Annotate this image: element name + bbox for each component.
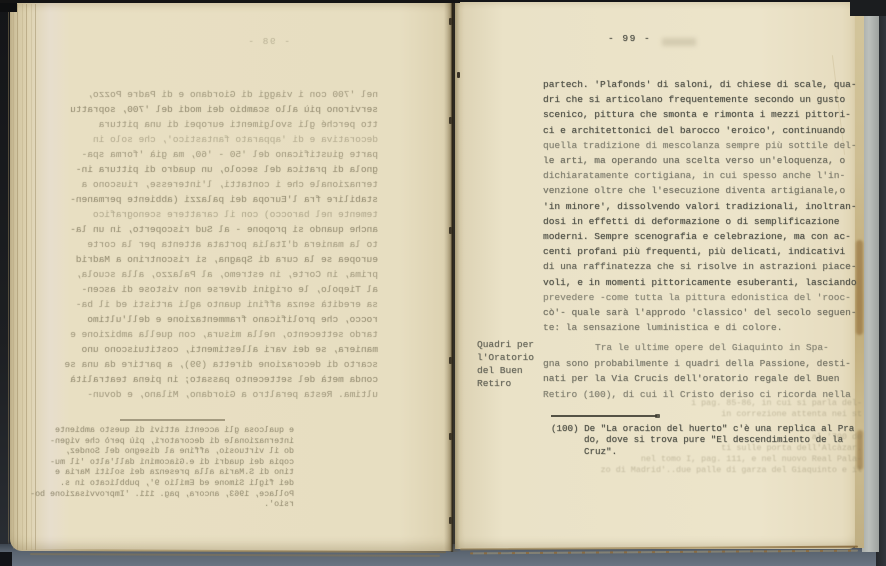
text-line: scarto di decorazione diretta (99), a pa… bbox=[60, 357, 378, 372]
text-line: dei figli Simone ed Emilio 9', pubblicat… bbox=[42, 479, 294, 490]
text-line: Pollace, 1963, ancora, pag. 111. 'Improv… bbox=[42, 490, 294, 501]
binding-stitch bbox=[449, 227, 452, 234]
text-line: dosi in effetti di deformazione o di sem… bbox=[543, 214, 865, 229]
text-line: Tra le ultime opere del Giaquinto in Spa… bbox=[543, 340, 865, 356]
text-line: anche quando si propone - al Sud riscope… bbox=[60, 222, 378, 237]
text-line: 'in minore', dissolvendo valori tradizio… bbox=[543, 199, 865, 214]
ink-fleck bbox=[457, 72, 460, 78]
text-line: nel '700 con i viaggi di Giordano e di P… bbox=[60, 87, 378, 102]
main-paragraph-1: partech. 'Plafonds' di saloni, di chiese… bbox=[543, 77, 865, 335]
text-line: in correzione attenta nei st bbox=[590, 409, 862, 420]
text-line: internazionale di decoratori, più però c… bbox=[42, 437, 294, 448]
text-line: conda metà del settecento passato; in pi… bbox=[60, 372, 378, 387]
text-line: quella tradizione di mescolanza sempre p… bbox=[543, 138, 865, 153]
scanned-book-photo: - 98 - nel '700 con i viaggi di Giordano… bbox=[0, 0, 886, 566]
left-page-bleed-text: nel '700 con i viaggi di Giordano e di P… bbox=[60, 87, 378, 402]
text-line: to la maniera d'Italia portata attenta p… bbox=[60, 237, 378, 252]
photo-corner-dark bbox=[0, 552, 12, 566]
photo-edge-dark bbox=[0, 0, 460, 3]
text-line: nati per la Via Crucis dell'oratorio reg… bbox=[543, 371, 865, 387]
text-line: gnola di pratica del secolo, un quadro d… bbox=[60, 162, 378, 177]
text-line: parte giustificano del '50 - '60, ma già… bbox=[60, 147, 378, 162]
text-line: voli, e in momenti pittoricamente esuber… bbox=[543, 275, 865, 290]
text-line: decorativa e di 'apparato fantastico', c… bbox=[60, 132, 378, 147]
ink-smudge bbox=[662, 38, 696, 46]
binding-stitch bbox=[449, 117, 452, 124]
binding-stitch bbox=[449, 357, 452, 364]
binding-stitch bbox=[449, 18, 452, 25]
text-line: dichiaratamente cortigiana, in cui spess… bbox=[543, 168, 865, 183]
left-page-number-bleed: - 98 - bbox=[234, 36, 290, 47]
text-line: partech. 'Plafonds' di saloni, di chiese… bbox=[543, 77, 865, 92]
text-line: venzione oltre che l'esecuzione diventa … bbox=[543, 183, 865, 198]
text-line: ti sulle porta dell'Alcàzar. bbox=[590, 443, 862, 454]
text-line: zo di Madrid'..due palle di garza del Gi… bbox=[590, 465, 862, 476]
left-page-bleed-footnote: e qualcosa gli accenti attivi di questo … bbox=[42, 426, 294, 511]
text-line: moderni. Sempre scenografia e celebrazio… bbox=[543, 229, 865, 244]
text-line: tardo settecento, nella misura, con quel… bbox=[60, 327, 378, 342]
text-line: nel tomo I, pag. 111, e nel nuovo Real P… bbox=[590, 454, 862, 465]
binding-stitch bbox=[449, 433, 452, 440]
text-line: stabilire fra l'Europa dei palazzi (abbi… bbox=[60, 192, 378, 207]
text-line: tto perché gli svolgimenti europei di un… bbox=[60, 117, 378, 132]
text-line: al '700 de bbox=[590, 432, 862, 443]
binding-stitch bbox=[449, 517, 452, 524]
right-page-showthrough-text: i pag. 85-86, in cui si parla del-in cor… bbox=[590, 398, 862, 476]
book-gutter bbox=[444, 0, 460, 552]
text-line: rsio'. bbox=[42, 500, 294, 511]
text-line: prevedere -come tutta la pittura edonist… bbox=[543, 290, 865, 305]
text-line: e qualcosa gli accenti attivi di questo … bbox=[42, 426, 294, 437]
text-line bbox=[590, 420, 862, 431]
text-line: sa eredità senza affini quanto agli arti… bbox=[60, 297, 378, 312]
text-line: le arti, ma operando una scelta verso un… bbox=[543, 153, 865, 168]
text-line: te: la sensazione luministica e di color… bbox=[543, 320, 865, 335]
text-line: Quadri per bbox=[477, 338, 547, 351]
text-line: do il virtuosio, affine al disegno del S… bbox=[42, 447, 294, 458]
right-page-number: - 99 - bbox=[608, 33, 651, 44]
text-line: gna sono probabilmente i quadri della Pa… bbox=[543, 356, 865, 372]
left-page-edge-stack bbox=[8, 4, 38, 550]
text-line: maniera, se dei vari allestimenti, costi… bbox=[60, 342, 378, 357]
text-line: ci e architettonici del barocco 'eroico'… bbox=[543, 123, 865, 138]
text-line: rocco, che prolificano frammentazione e … bbox=[60, 312, 378, 327]
text-line: al Tiepolo, le origini diverse non visto… bbox=[60, 282, 378, 297]
text-line: dri che si articolano frequentemente sec… bbox=[543, 92, 865, 107]
text-line: europea se la cura di Spagna, si riscont… bbox=[60, 252, 378, 267]
text-line: di una raffinatezza che si risolve in as… bbox=[543, 259, 865, 274]
text-line: del Buen bbox=[477, 364, 547, 377]
text-line: servirono più allo scambio dei modi del … bbox=[60, 102, 378, 117]
text-line: copia dei quadri di e.Giacomini dall'alt… bbox=[42, 458, 294, 469]
left-footnote-separator-bleed bbox=[120, 419, 225, 421]
text-line: cò'- quale sarà l'approdo 'classico' del… bbox=[543, 305, 865, 320]
text-line: Retiro bbox=[477, 377, 547, 390]
text-line: i pag. 85-86, in cui si parla del- bbox=[590, 398, 862, 409]
text-line: ternazionale che i contatti, l'interesse… bbox=[60, 177, 378, 192]
text-line: prima, in Corte, in estremo, al Palazzo,… bbox=[60, 267, 378, 282]
text-line: temente nel barocco) con il carattere sc… bbox=[60, 207, 378, 222]
text-line: scenico, pittura che smonta e rimonta i … bbox=[543, 107, 865, 122]
text-line: ultima. Resta peraltro a Giordano, Milan… bbox=[60, 387, 378, 402]
text-line: l'Oratorio bbox=[477, 351, 547, 364]
text-line: centi profani più frequenti, più delicat… bbox=[543, 244, 865, 259]
main-paragraph-2: Tra le ultime opere del Giaquinto in Spa… bbox=[543, 340, 865, 403]
photo-corner-dark bbox=[850, 0, 886, 16]
margin-note-quadri-buen-retiro: Quadri perl'Oratoriodel BuenRetiro bbox=[477, 338, 547, 390]
text-line: tino di S.Maria alla presenza dei soliti… bbox=[42, 468, 294, 479]
